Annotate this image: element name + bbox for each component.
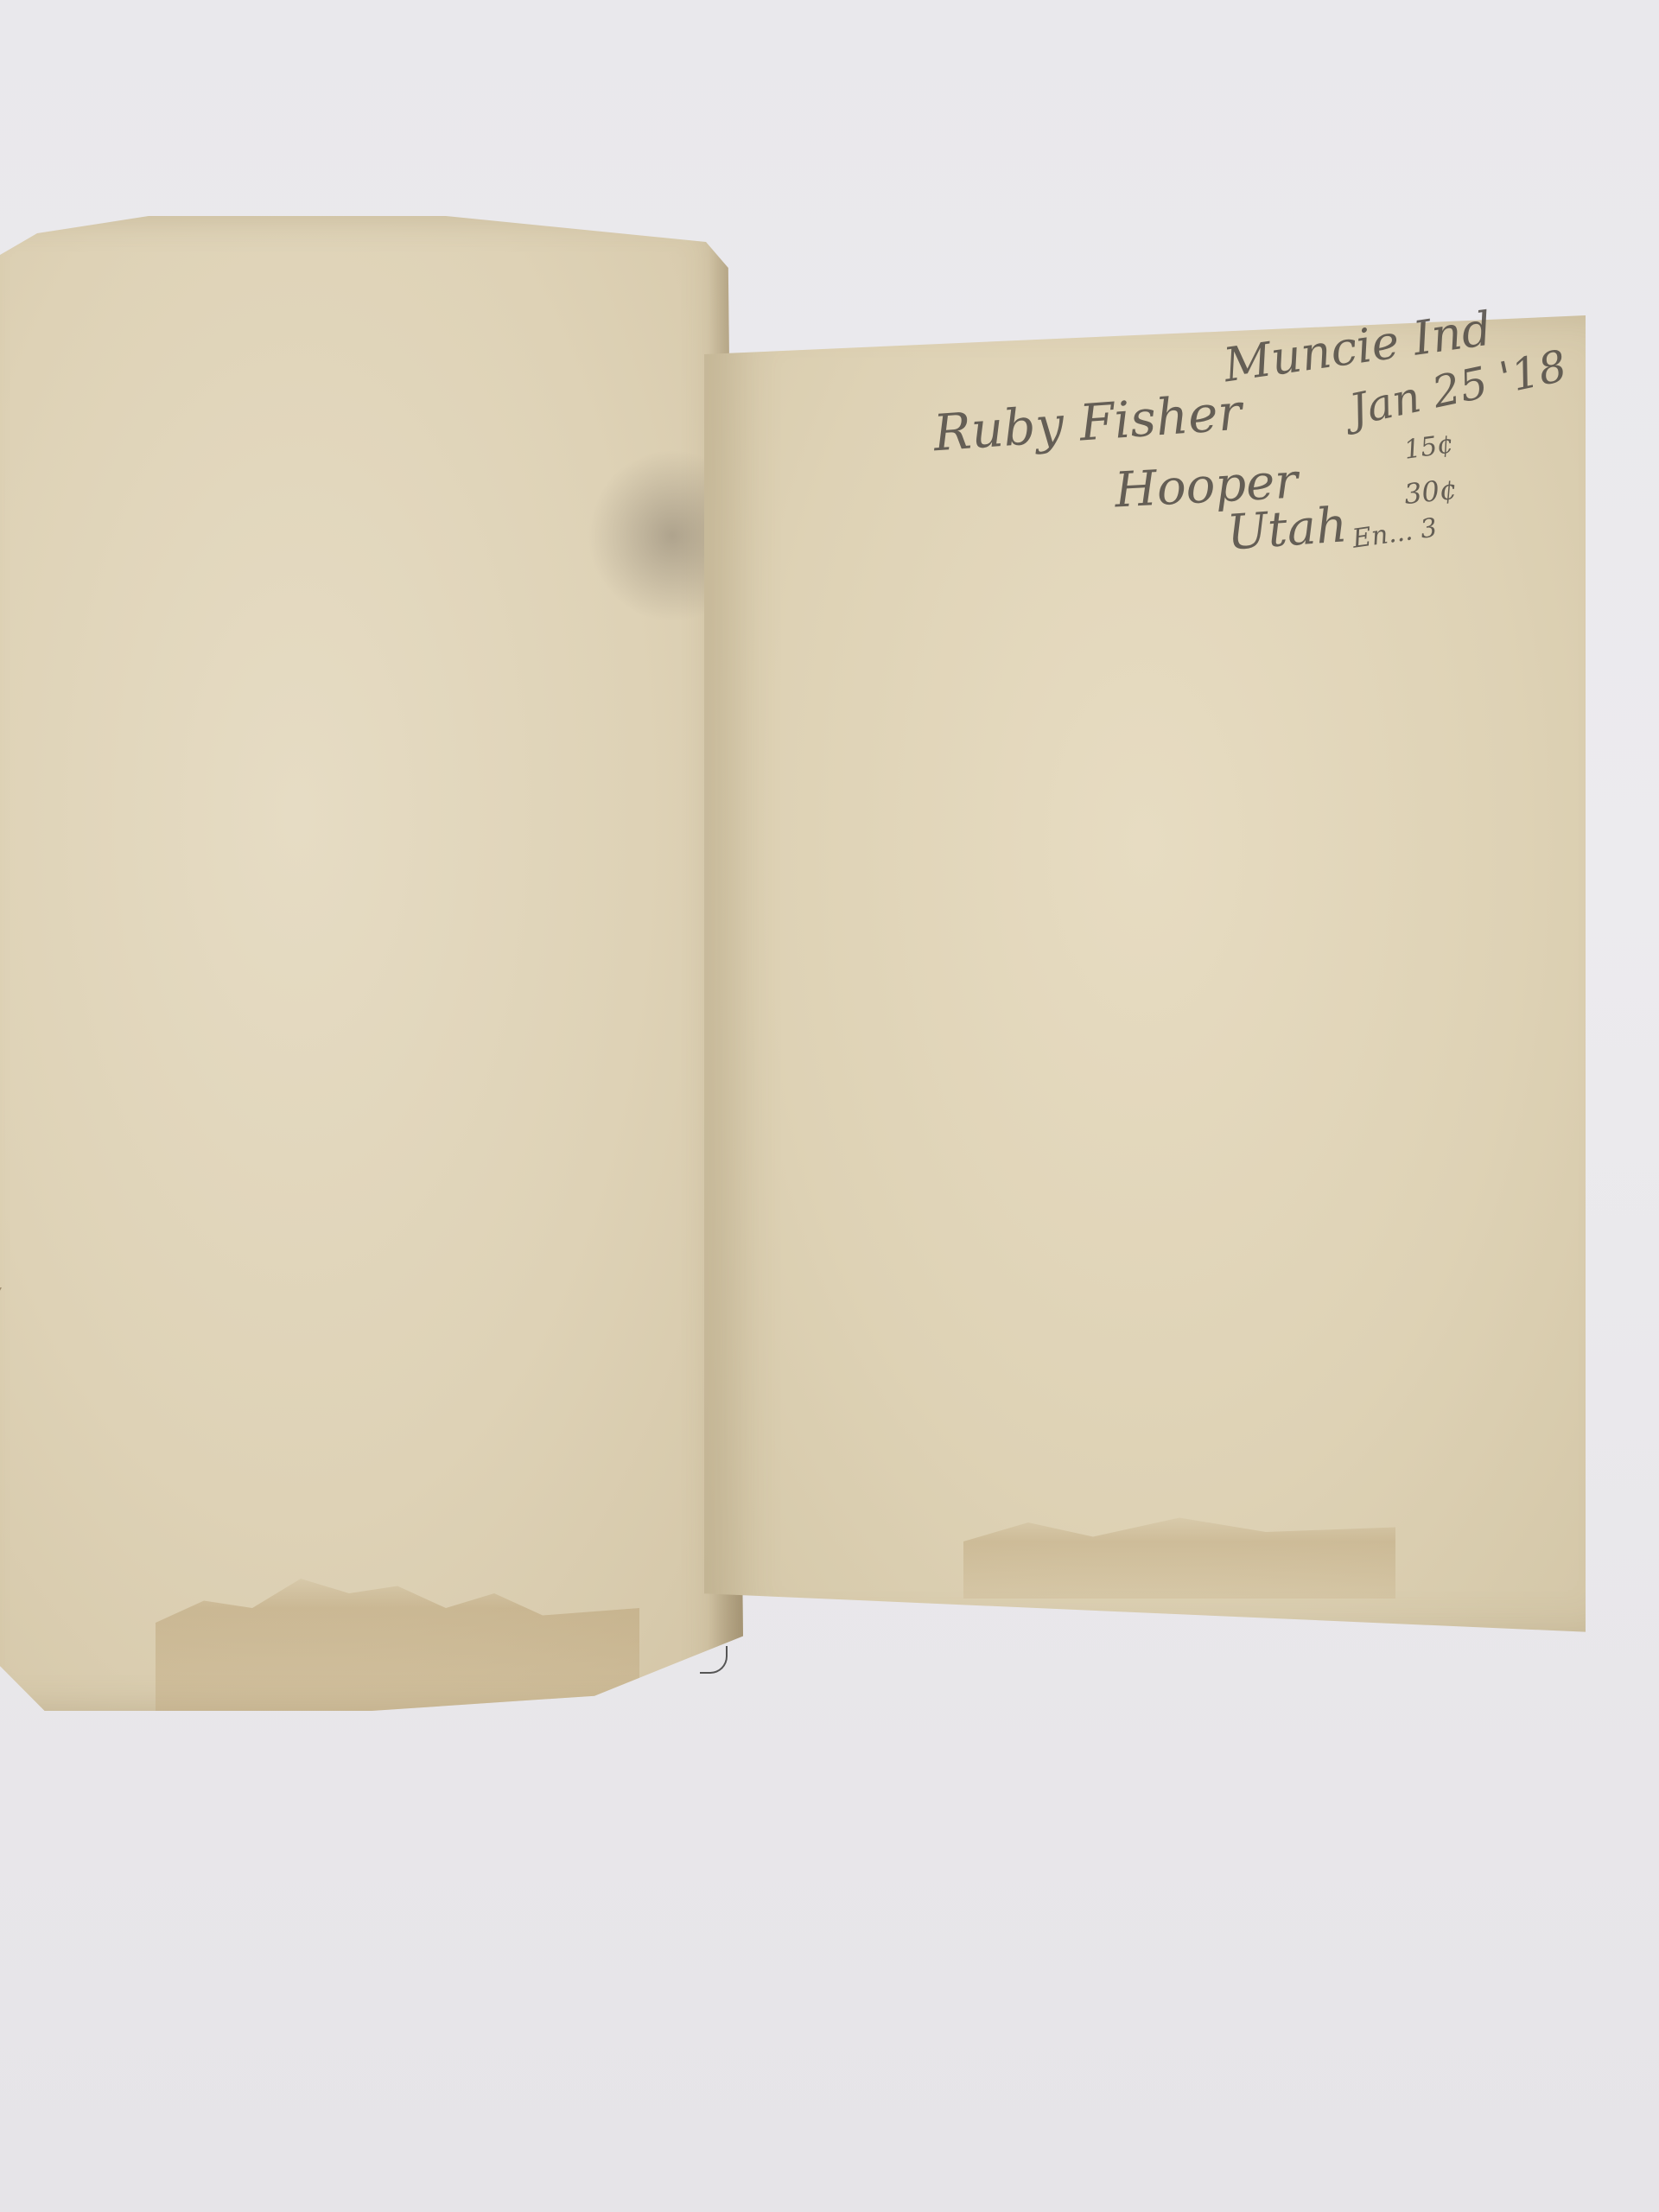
binding-thread bbox=[700, 1646, 728, 1674]
water-stain bbox=[156, 1564, 639, 1711]
left-page bbox=[0, 216, 743, 1711]
photo-scene: Muncie Ind Jan 25 '18 Ruby Fisher Hooper… bbox=[0, 0, 1659, 2212]
water-stain bbox=[963, 1503, 1395, 1599]
pencil-smudge bbox=[588, 449, 709, 622]
pencil-price-2: 30¢ bbox=[1402, 473, 1459, 511]
inscription-state: Utah bbox=[1225, 497, 1349, 562]
